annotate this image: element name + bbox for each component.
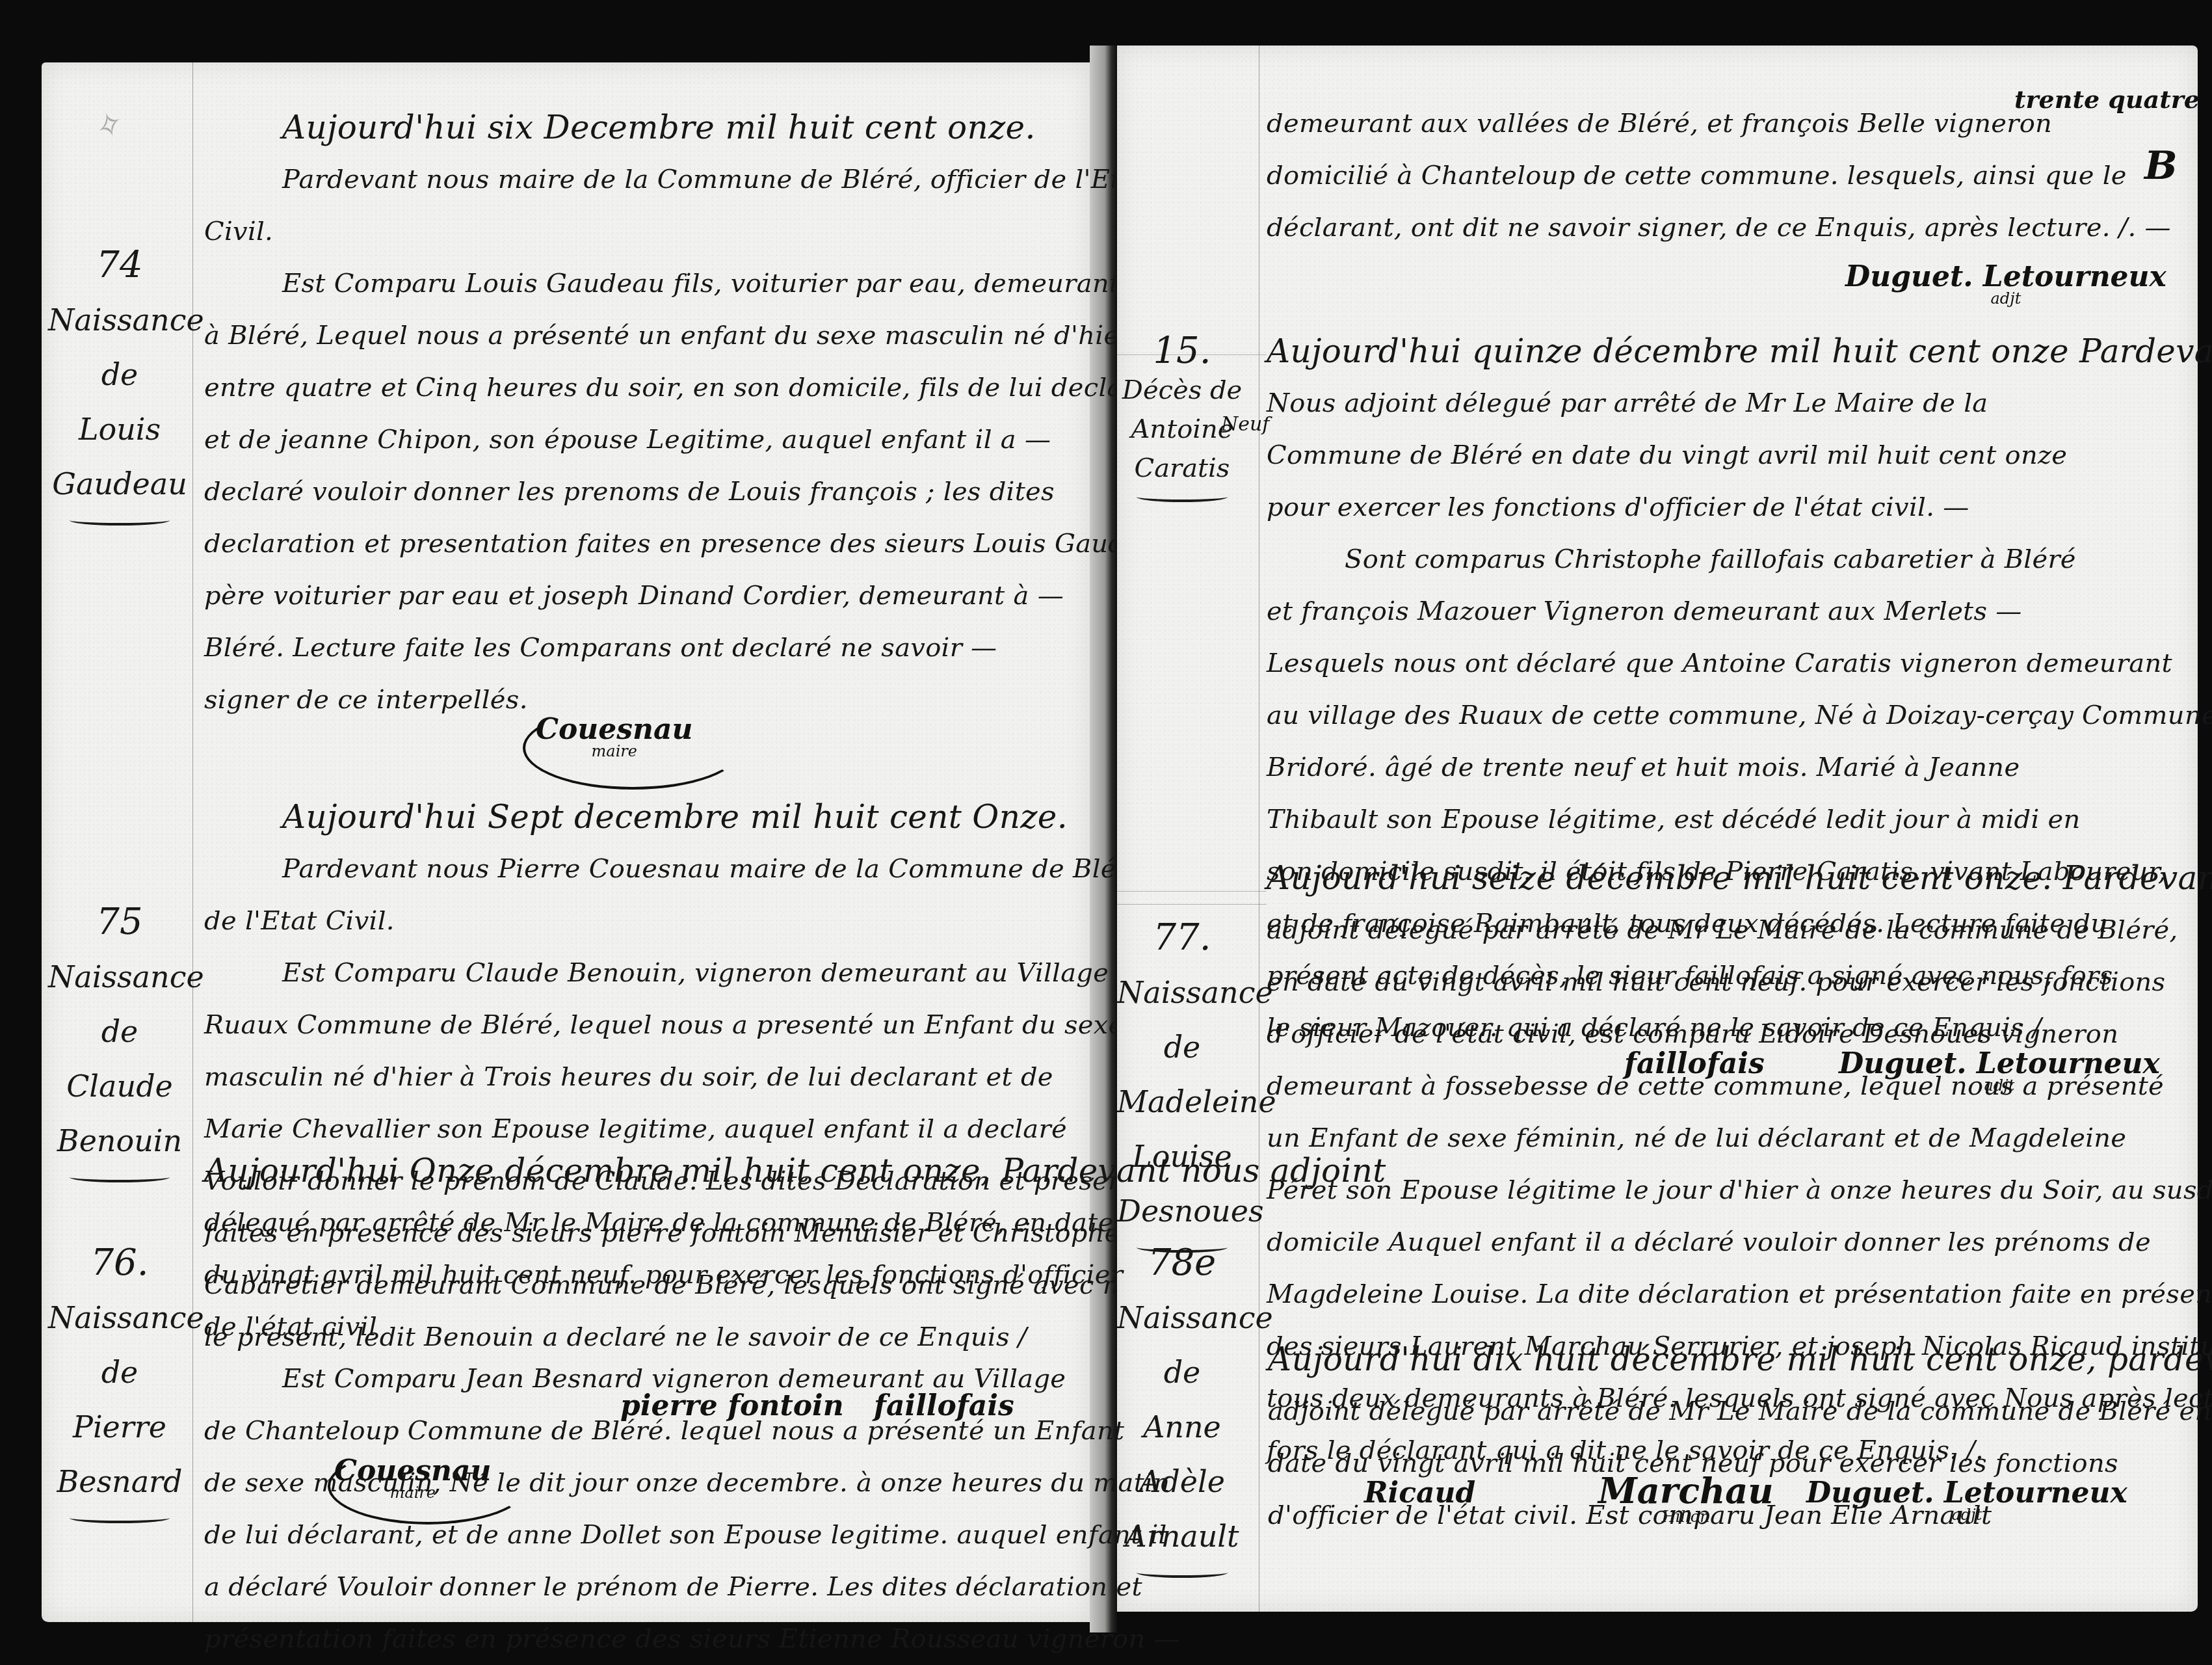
margin-label: Caratis [1135,453,1230,483]
entry-number: 74 [48,238,191,293]
margin-rule [192,62,193,1622]
entry-line: d'officier de l'état civil. Est comparu … [1268,1489,2212,1541]
margin-label: de [101,357,138,392]
margin-note-76: 76. Naissance de Pierre Besnard [48,1236,191,1523]
entry-line: en date du vingt avril mil huit cent neu… [1267,956,2212,1008]
margin-label: Louis [79,412,161,447]
entry-line: d'officier de l'état civil, est comparu … [1267,1008,2212,1060]
entry-number: 77. [1117,911,1247,965]
entry-line: au village des Ruaux de cette commune, N… [1267,689,2212,741]
margin-label: de [1164,1030,1201,1065]
entry-line: déclarant, ont dit ne savoir signer, de … [1267,202,2171,254]
entry-line: Ruaux Commune de Bléré, lequel nous a pr… [204,999,1257,1051]
margin-label: Pierre [73,1409,166,1445]
flourish-underline [1137,492,1228,502]
entry-line: Aujourd'hui six Decembre mil huit cent o… [204,101,1179,153]
entry-number: 76. [48,1236,191,1290]
entry-line: masculin né d'hier à Trois heures du soi… [204,1051,1257,1103]
entry-number: 75 [48,895,191,950]
entry-line: et françois Mazouer Vigneron demeurant a… [1267,585,2212,637]
entry-continuation: demeurant aux vallées de Bléré, et franç… [1267,98,2171,254]
entry-line: Aujourd'hui Sept decembre mil huit cent … [204,791,1257,843]
margin-separator [1117,891,1267,892]
entry-line: Thibault son Epouse légitime, est décédé… [1267,793,2212,846]
entry-line: adjoint délegué par arrêté de Mr Le Mair… [1267,904,2212,956]
entry-line: domicilié à Chanteloup de cette commune.… [1267,150,2171,202]
entry-line: Bridoré. âgé de trente neuf et huit mois… [1267,741,2212,793]
flourish-underline [70,1513,170,1523]
margin-label: Naissance [48,302,204,338]
margin-label: Besnard [57,1464,182,1499]
margin-note-78: 78e Naissance de Anne Adèle Arnault [1117,1236,1247,1578]
entry-line: Lesquels nous ont déclaré que Antoine Ca… [1267,637,2212,689]
margin-label: Décès de [1122,375,1242,405]
entry-74: Aujourd'hui six Decembre mil huit cent o… [204,101,1179,726]
entry-line: Civil. [204,206,1179,258]
signature-adjoint: Duguet. Letourneux adjt [1845,260,2166,308]
entry-line: père voiturier par eau et joseph Dinand … [204,570,1179,622]
entry-line: Pardevant nous maire de la Commune de Bl… [204,153,1179,206]
flourish-underline [70,1172,170,1182]
entry-line: Sont comparus Christophe faillofais caba… [1267,533,2212,585]
entry-line: Nous adjoint délegué par arrêté de Mr Le… [1267,377,2212,429]
margin-label: Naissance [1117,975,1273,1010]
margin-label: Arnault [1125,1519,1239,1554]
initials-mark: B [2144,143,2178,189]
margin-label: Naissance [48,959,204,994]
margin-note-75: 75 Naissance de Claude Benouin [48,895,191,1182]
margin-label: Naissance [1117,1300,1273,1335]
margin-label: Antoine [1131,414,1233,444]
margin-separator [1117,904,1267,905]
margin-label: Claude [66,1069,173,1104]
entry-line: Commune de Bléré en date du vingt avril … [1267,429,2212,481]
entry-line: demeurant à fossebesse de cette commune,… [1267,1060,2212,1112]
margin-label: de [1164,1355,1201,1390]
entry-line: présentation faites en présence des sieu… [204,1613,1386,1665]
entry-line: Pardevant nous Pierre Couesnau maire de … [204,843,1257,895]
margin-label: Benouin [57,1123,182,1158]
signature-paraph [523,706,743,790]
margin-aside: Neuf [1221,413,1269,436]
entry-line: Est Comparu Louis Gaudeau fils, voiturie… [204,258,1179,310]
margin-label: de [101,1014,138,1049]
entry-line: declaration et presentation faites en pr… [204,518,1179,570]
margin-label: Naissance [48,1300,204,1335]
entry-line: domicile Auquel enfant il a déclaré voul… [1267,1216,2212,1268]
entry-line: un Enfant de sexe féminin, né de lui déc… [1267,1112,2212,1164]
entry-number: 15. [1117,332,1247,371]
entry-line: declaré vouloir donner les prenoms de Lo… [204,466,1179,518]
entry-line: Aujourd'hui Onze décembre mil huit cent … [204,1145,1386,1197]
entry-line: de l'Etat Civil. [204,895,1257,947]
entry-line: Aujourd'hui dix huit décembre mil huit c… [1268,1333,2212,1385]
margin-label: de [101,1355,138,1390]
flourish-underline [1137,1567,1228,1578]
entry-line: adjoint délegué par arrêté de Mr Le Mair… [1268,1385,2212,1437]
margin-note-74: 74 Naissance de Louis Gaudeau [48,238,191,526]
annotation-insertion: trente quatre [2014,85,2200,114]
entry-number: 78e [1117,1236,1247,1290]
entry-line: à Bléré, Lequel nous a présenté un enfan… [204,310,1179,362]
entry-line: et de jeanne Chipon, son épouse Legitime… [204,414,1179,466]
entry-line: Péret son Epouse légitime le jour d'hier… [1267,1164,2212,1216]
entry-line: Est Comparu Claude Benouin, vigneron dem… [204,947,1257,999]
entry-line: Magdeleine Louise. La dite déclaration e… [1267,1268,2212,1320]
entry-78: Aujourd'hui dix huit décembre mil huit c… [1268,1333,2212,1541]
margin-label: Madeleine [1117,1084,1276,1119]
flourish-underline [70,515,170,526]
entry-line: date du vingt avril mil huit cent neuf p… [1268,1437,2212,1489]
entry-line: Bléré. Lecture faite les Comparans ont d… [204,622,1179,674]
entry-line: Aujourd'hui quinze décembre mil huit cen… [1267,325,2212,377]
faint-stamp-mark: ✧ [86,103,128,150]
entry-line: entre quatre et Cinq heures du soir, en … [204,362,1179,414]
margin-label: Gaudeau [52,466,187,501]
margin-label: Anne Adèle [1139,1409,1225,1499]
entry-line: Aujourd'hui seize décembre mil huit cent… [1267,852,2212,904]
entry-line: pour exercer les fonctions d'officier de… [1267,481,2212,533]
